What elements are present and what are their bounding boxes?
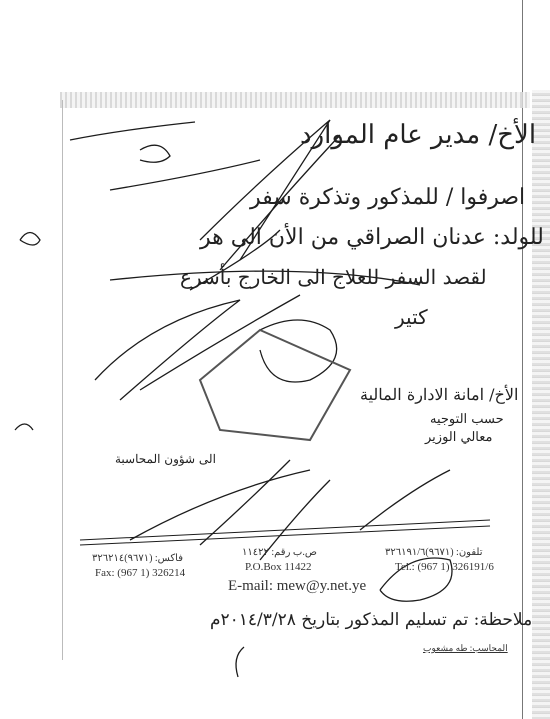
scan-noise-right xyxy=(532,90,550,719)
handwritten-line: معالي الوزير xyxy=(425,430,492,445)
accountant-label: المحاسب: طه مشعوب xyxy=(423,643,508,654)
handwritten-line: حسب التوجيه xyxy=(430,412,504,427)
footer-pobox-ar: ص.ب رقم: ١١٤٢٢ xyxy=(242,547,317,558)
handwritten-line: كتير xyxy=(395,305,428,329)
handwritten-line: اصرفوا / للمذكور وتذكرة سفر xyxy=(250,185,525,210)
footer-fax: Fax: (967 1) 326214 xyxy=(95,567,185,579)
handwritten-line: للولد: عدنان الصراقي من الأن الى هر xyxy=(200,225,544,250)
handwritten-line: الى شؤون المحاسبة xyxy=(115,452,216,466)
handwritten-addressee: الأخ/ مدير عام الموارد xyxy=(300,120,536,150)
footer-pobox: P.O.Box 11422 xyxy=(245,561,312,573)
footer-tel: Tel.: (967 1) 326191/6 xyxy=(395,561,494,573)
footer-tel-ar: تلفون: (٩٦٧١)٣٢٦١٩١/٦ xyxy=(385,547,483,558)
handwritten-line: لقصد السفر للعلاج الى الخارج بأسرع xyxy=(180,265,487,289)
footer-email: E-mail: mew@y.net.ye xyxy=(228,578,366,595)
handwritten-note: ملاحظة: تم تسليم المذكور بتاريخ ٢٠١٤/٣/٢… xyxy=(210,610,532,630)
handwritten-line: الأخ/ امانة الادارة المالية xyxy=(360,385,518,404)
footer-fax-ar: فاكس: (٩٦٧١)٣٢٦٢١٤ xyxy=(92,553,183,564)
